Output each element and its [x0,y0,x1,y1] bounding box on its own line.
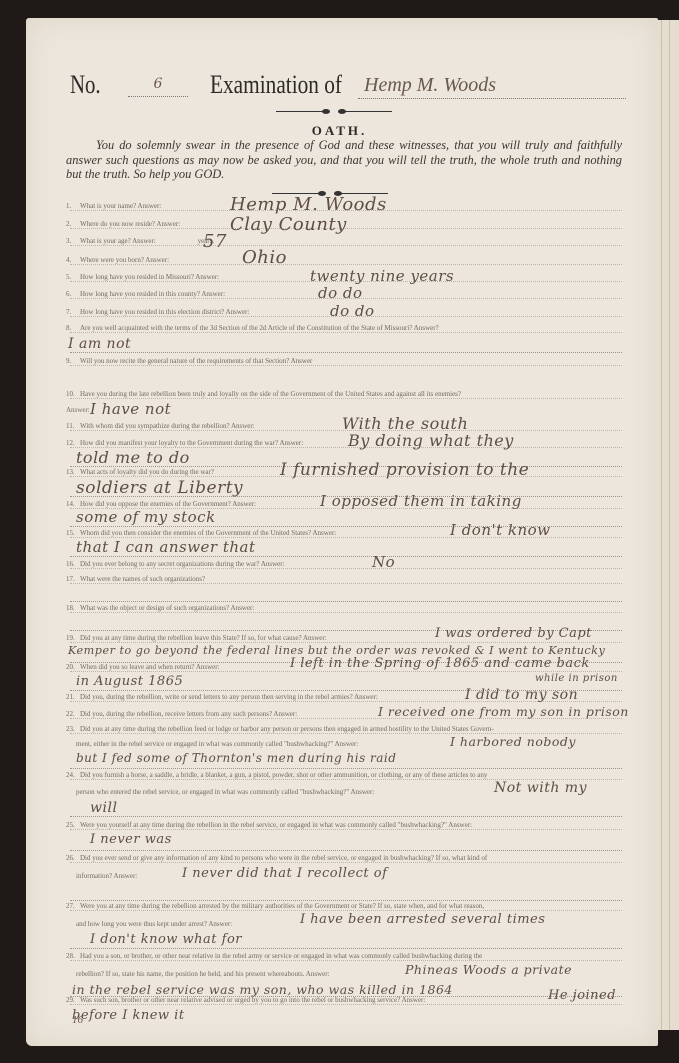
handwritten-answer: twenty nine years [310,267,454,285]
handwritten-answer: Not with my [494,780,587,796]
number-value: 6 [128,76,188,97]
question-text: 8.Are you well acquainted with the terms… [66,324,622,332]
question-number: 25. [66,821,80,829]
question-label: Did you furnish a horse, a saddle, a bri… [80,771,487,779]
question-label: Were you at any time during the rebellio… [80,902,484,910]
handwritten-answer-continued: in August 1865 [76,674,183,689]
handwritten-answer-continued: but I fed some of Thornton's men during … [76,751,396,765]
question-number: 18. [66,604,80,612]
question-label: What were the names of such organization… [80,575,205,583]
question-text: 23.Did you at any time during the rebell… [66,725,622,733]
question-number: 2. [66,220,80,228]
question-label: What is your name? Answer: [80,202,161,210]
question-number: 24. [66,771,80,779]
question-text: 10.Have you during the late rebellion be… [66,390,622,398]
question-text: 27.Were you at any time during the rebel… [66,902,622,910]
handwritten-answer: Clay County [230,214,347,235]
handwritten-answer: Hemp M. Woods [230,194,387,215]
question-number: 3. [66,237,80,245]
question-label: Did you, during the rebellion, receive l… [80,710,297,718]
handwritten-answer: He joined [548,988,616,1003]
question-number: 29. [66,996,80,1004]
question-number: 14. [66,500,80,508]
question-label: Did you ever send or give any informatio… [80,854,487,862]
question-number: 22. [66,710,80,718]
answer-line [70,583,622,584]
question-number: 10. [66,390,80,398]
question-label: Have you during the late rebellion been … [80,390,461,398]
handwritten-answer-continued: soldiers at Liberty [76,478,243,498]
question-number: 12. [66,439,80,447]
answer-line [70,816,622,817]
question-number: 13. [66,468,80,476]
answer-line [70,365,622,366]
answer-line [70,612,622,613]
question-label: How did you oppose the enemies of the Go… [80,500,256,508]
handwritten-answer: Phineas Woods a private [405,962,572,977]
handwritten-answer-continued: I don't know what for [90,932,242,947]
question-label: Where were you born? Answer: [80,256,169,264]
question-label: What acts of loyalty did you do during t… [80,468,214,476]
question-text: 3.What is your age? Answer: years. [66,237,622,245]
oath-text: You do solemnly swear in the presence of… [66,138,622,182]
answer-line [70,352,622,353]
examinee-name: Hemp M. Woods [358,74,626,99]
question-label: What is your age? Answer: [80,237,156,245]
question-number: 15. [66,529,80,537]
answer-line [70,601,622,602]
question-text: 24.Did you furnish a horse, a saddle, a … [66,771,622,779]
question-label: Will you now recite the general nature o… [80,357,312,365]
examination-label: Examination of [210,70,342,100]
handwritten-answer: I was ordered by Capt [435,626,592,641]
answer-line [70,960,622,961]
answer-line [70,862,622,863]
handwritten-answer: I furnished provision to the [280,460,529,480]
handwritten-answer: I harbored nobody [450,734,576,749]
answer-line [70,556,622,557]
question-number: 1. [66,202,80,210]
question-number: 4. [66,256,80,264]
question-number: 27. [66,902,80,910]
question-number: 16. [66,560,80,568]
question-label: Did you at any time during the rebellion… [80,634,327,642]
question-number: 20. [66,663,80,671]
handwritten-answer-continued: that I can answer that [76,538,256,556]
answer-line [70,332,622,333]
handwritten-answer: I left in the Spring of 1865 and came ba… [290,656,590,671]
handwritten-answer: I received one from my son in prison [378,704,629,719]
handwritten-answer: I don't know [450,521,551,539]
question-label: How did you manifest your loyalty to the… [80,439,303,447]
answer-line [70,568,622,569]
number-label: No. [70,70,101,100]
question-number: 21. [66,693,80,701]
answer-line [70,671,622,672]
page-number: 16 [72,1014,83,1026]
question-label: How long have you resided in Missouri? A… [80,273,219,281]
question-text: 17.What were the names of such organizat… [66,575,622,583]
question-number: 19. [66,634,80,642]
question-text: 29.Was such son, brother or other near r… [66,996,622,1004]
handwritten-answer-continued: before I knew it [72,1008,185,1023]
oath-title: OATH. [0,123,679,139]
question-number: 8. [66,324,80,332]
question-number: 6. [66,290,80,298]
answer-line [70,829,622,830]
question-label: What was the object or design of such or… [80,604,254,612]
answer-line [70,398,622,399]
question-text: 18.What was the object or design of such… [66,604,622,612]
question-label: Are you well acquainted with the terms o… [80,324,439,332]
question-label: With whom did you sympathize during the … [80,422,255,430]
question-label: Did you at any time during the rebellion… [80,725,494,733]
handwritten-answer: I have been arrested several times [300,912,545,927]
question-text: 25.Were you yourself at any time during … [66,821,622,829]
answer-line [70,768,622,769]
question-text: 9.Will you now recite the general nature… [66,357,622,365]
handwritten-answer: do do [318,284,363,302]
question-label: Did you, during the rebellion, write or … [80,693,378,701]
handwritten-answer-continued: in the rebel service was my son, who was… [72,982,453,997]
question-number: 28. [66,952,80,960]
handwritten-answer: Ohio [242,247,287,268]
handwritten-answer-continued: some of my stock [76,508,216,526]
question-text: 4.Where were you born? Answer: [66,256,622,264]
question-label: Were you yourself at any time during the… [80,821,472,829]
ornament-divider-icon [276,108,392,116]
answer-line [70,1004,622,1005]
handwritten-answer-continued: will [90,800,117,816]
handwritten-answer: I have not [90,400,171,418]
question-text: 16.Did you ever belong to any secret org… [66,560,622,568]
question-label: How long have you resided in this county… [80,290,225,298]
answer-line [70,264,622,265]
question-text: 12.How did you manifest your loyalty to … [66,439,622,447]
answer-line [70,900,622,901]
handwritten-answer: No [372,553,395,571]
answer-line [70,245,622,246]
question-number: 17. [66,575,80,583]
handwritten-answer: I am not [68,336,131,352]
question-label: Did you ever belong to any secret organi… [80,560,285,568]
handwritten-answer: I opposed them in taking [320,492,522,510]
question-number: 26. [66,854,80,862]
handwritten-answer: I never did that I recollect of [182,866,387,881]
question-text: 26.Did you ever send or give any informa… [66,854,622,862]
question-label: How long have you resided in this electi… [80,308,249,316]
handwritten-answer: 57 [203,231,227,252]
handwritten-answer: do do [330,302,375,320]
question-number: 5. [66,273,80,281]
handwritten-answer: I never was [90,832,172,847]
answer-line [70,948,622,949]
answer-line [70,910,622,911]
question-text: 28.Had you a son, or brother, or other n… [66,952,622,960]
handwritten-answer-continued: told me to do [76,448,190,467]
question-label: Where do you now reside? Answer: [80,220,180,228]
handwritten-answer: I did to my son [465,687,578,703]
question-number: 9. [66,357,80,365]
question-number: 7. [66,308,80,316]
question-label: Whom did you then consider the enemies o… [80,529,336,537]
question-label: Was such son, brother or other near rela… [80,996,425,1004]
question-label: When did you so leave and when return? A… [80,663,220,671]
question-number: 23. [66,725,80,733]
handwritten-answer: By doing what they [348,431,514,450]
question-label: Had you a son, or brother, or other near… [80,952,482,960]
question-number: 11. [66,422,80,430]
answer-line [70,642,622,643]
handwritten-insertion: while in prison [535,673,618,684]
answer-line [70,850,622,851]
